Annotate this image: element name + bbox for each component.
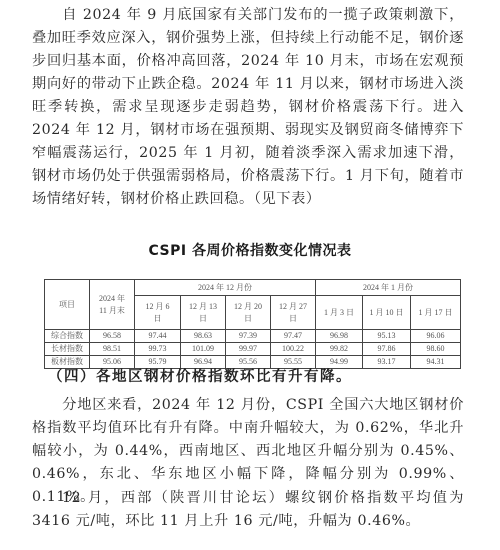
header-dec-week: 12 月 13 日: [181, 296, 226, 330]
cell: 97.86: [363, 343, 411, 356]
cell: 98.51: [90, 343, 135, 356]
cell: 99.82: [316, 343, 363, 356]
cell: 93.17: [363, 356, 411, 369]
header-jan-week: 1 月 10 日: [363, 296, 411, 330]
cell: 97.39: [226, 330, 271, 343]
cell: 96.06: [411, 330, 461, 343]
cell: 96.58: [90, 330, 135, 343]
intro-paragraph-text: 自 2024 年 9 月底国家有关部门发布的一揽子政策刺激下，叠加旺季效应深入，…: [32, 7, 464, 207]
table-row-long-products: 长材指数 98.51 99.73 101.09 99.97 100.22 99.…: [45, 343, 461, 356]
intro-paragraph: 自 2024 年 9 月底国家有关部门发布的一揽子政策刺激下，叠加旺季效应深入，…: [32, 4, 464, 211]
header-nov-end: 2024 年 11 月末: [90, 280, 135, 330]
row-label: 长材指数: [45, 343, 90, 356]
cell: 97.44: [135, 330, 181, 343]
cell: 97.47: [271, 330, 316, 343]
table-row-composite: 综合指数 96.58 97.44 98.63 97.39 97.47 96.98…: [45, 330, 461, 343]
row-label: 综合指数: [45, 330, 90, 343]
section-heading: （四）各地区钢材价格指数环比有升有降。: [48, 365, 352, 386]
cspi-weekly-index-table: 项目 2024 年 11 月末 2024 年 12 月份 2024 年 1 月份…: [44, 279, 461, 369]
cell: 94.31: [411, 356, 461, 369]
table-title: CSPI 各周价格指数变化情况表: [0, 240, 500, 260]
western-paragraph: 12 月，西部（陕晋川甘论坛）螺纹钢价格指数平均值为 3416 元/吨，环比 1…: [32, 487, 464, 533]
cell: 100.22: [271, 343, 316, 356]
cell: 96.98: [316, 330, 363, 343]
cell: 98.63: [181, 330, 226, 343]
cell: 99.73: [135, 343, 181, 356]
western-paragraph-text: 12 月，西部（陕晋川甘论坛）螺纹钢价格指数平均值为 3416 元/吨，环比 1…: [32, 490, 464, 529]
cell: 98.60: [411, 343, 461, 356]
header-jan-week: 1 月 17 日: [411, 296, 461, 330]
header-jan-week: 1 月 3 日: [316, 296, 363, 330]
header-dec-week: 12 月 20 日: [226, 296, 271, 330]
cell: 99.97: [226, 343, 271, 356]
header-dec-week: 12 月 6 日: [135, 296, 181, 330]
header-item: 项目: [45, 280, 90, 330]
cell: 101.09: [181, 343, 226, 356]
header-group-jan: 2024 年 1 月份: [316, 280, 461, 296]
header-group-dec: 2024 年 12 月份: [135, 280, 316, 296]
cell: 95.13: [363, 330, 411, 343]
header-dec-week: 12 月 27 日: [271, 296, 316, 330]
